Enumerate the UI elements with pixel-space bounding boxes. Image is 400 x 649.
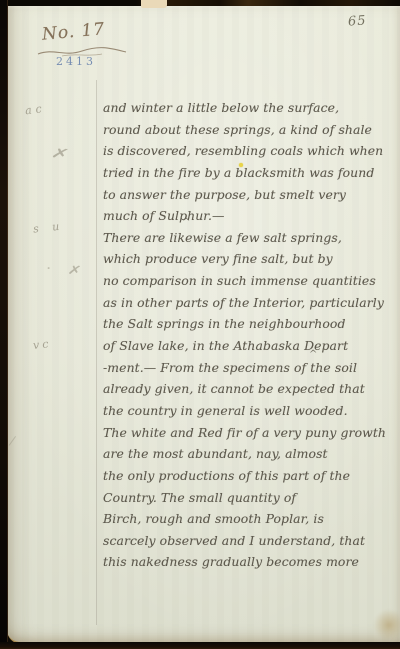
pencil-margin-mark: vc	[32, 337, 52, 352]
manuscript-line: which produce very fine salt, but by	[103, 248, 400, 270]
manuscript-line: Country. The small quantity of	[103, 487, 400, 509]
scan-edge-top	[0, 0, 400, 6]
manuscript-line: tried in the fire by a blacksmith was fo…	[103, 162, 400, 184]
manuscript-line: is discovered, resembling coals which wh…	[103, 140, 400, 162]
manuscript-line: the country in general is well wooded.	[103, 400, 400, 422]
page-top-notch	[141, 0, 167, 8]
margin-rule-line	[96, 80, 97, 625]
book-binding-edge	[0, 0, 8, 649]
manuscript-line: of Slave lake, in the Athabaska Depart	[103, 335, 400, 357]
manuscript-line: The white and Red fir of a very puny gro…	[103, 422, 400, 444]
manuscript-line: -ment.— From the specimens of the soil	[103, 357, 400, 379]
pencil-margin-mark: · ✗	[45, 261, 88, 278]
manuscript-line: There are likewise a few salt springs,	[103, 227, 400, 249]
manuscript-line: round about these springs, a kind of sha…	[103, 119, 400, 141]
manuscript-line: no comparison in such immense quantities	[103, 270, 400, 292]
insertion-caret: ^	[182, 217, 190, 228]
scan-artifact-dot	[239, 163, 243, 167]
page-edge-smudge	[373, 609, 400, 641]
pencil-margin-mark: /	[8, 434, 17, 450]
manuscript-line: much of Sulphur.—	[103, 205, 400, 227]
manuscript-line: the Salt springs in the neighbourhood	[103, 313, 400, 335]
pencil-margin-mark: ac	[24, 102, 46, 118]
manuscript-line: already given, it cannot be expected tha…	[103, 378, 400, 400]
manuscript-scan: No. 17 2413 65 and winter a little below…	[0, 0, 400, 649]
pencil-margin-mark: s u	[32, 219, 64, 235]
folio-number: 65	[347, 13, 367, 29]
document-number: No. 17	[41, 19, 106, 44]
manuscript-line: the only productions of this part of the	[103, 465, 400, 487]
pencil-margin-mark: ✗	[49, 146, 71, 162]
manuscript-line: scarcely observed and I understand, that	[103, 530, 400, 552]
manuscript-line: are the most abundant, nay, almost	[103, 443, 400, 465]
stamp-number: 2413	[56, 55, 96, 68]
manuscript-line: this nakedness gradually becomes more	[103, 551, 400, 573]
manuscript-page: No. 17 2413 65 and winter a little below…	[7, 5, 400, 644]
scan-edge-bottom	[0, 642, 400, 649]
manuscript-line: to answer the purpose, but smelt very	[103, 184, 400, 206]
manuscript-line: and winter a little below the surface,	[103, 97, 400, 119]
manuscript-line: Birch, rough and smooth Poplar, is	[103, 508, 400, 530]
manuscript-text: and winter a little below the surface,ro…	[103, 97, 400, 573]
insertion-caret: ^	[309, 349, 317, 360]
manuscript-line: as in other parts of the Interior, parti…	[103, 292, 400, 314]
